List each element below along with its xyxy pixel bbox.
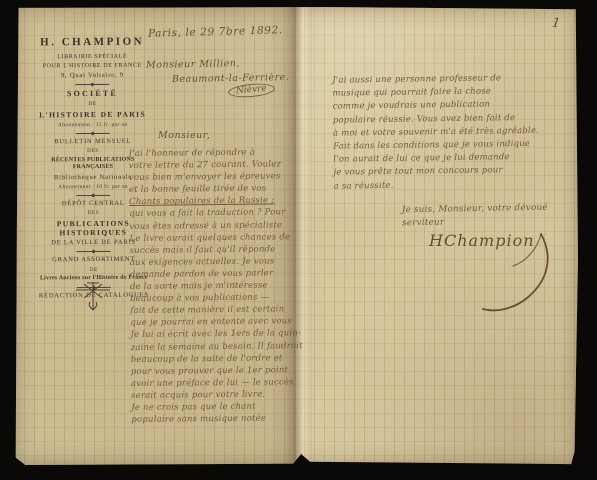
- letter-body-right-page: J'ai aussi une personne professeur demus…: [332, 71, 569, 193]
- handwritten-line: zaine la semaine au besoin. Il faudrait: [131, 340, 313, 354]
- letterhead-line: LIBRAIRIE SPÉCIALE: [31, 53, 153, 61]
- handwritten-line: populaire sans musique notée: [131, 412, 313, 426]
- salutation: Monsieur,: [158, 130, 210, 141]
- svg-text:HChampion: HChampion: [428, 231, 535, 250]
- letterhead-line: BULLETIN MENSUEL: [32, 137, 154, 146]
- letterhead-line: Abonnement : 15 fr. par an: [32, 121, 154, 129]
- handwritten-line: avoir une préface de lui — le succès: [131, 376, 313, 390]
- scanned-letter: H. CHAMPIONLIBRAIRIE SPÉCIALEPOUR L'HIST…: [0, 0, 597, 480]
- signature: HChampion: [425, 224, 565, 319]
- divider-ornament: [76, 132, 110, 133]
- letterhead-line: DE: [32, 101, 154, 109]
- letterhead-line: L'HISTOIRE DE PARIS: [32, 110, 154, 120]
- printer-monogram-ornament: [74, 281, 112, 313]
- letterhead-line: POUR L'HISTOIRE DE FRANCE: [31, 62, 153, 70]
- handwritten-line: Le livre aurait quelques chances de: [129, 231, 311, 245]
- letter-body-left-page: J'ai l'honneur de répondre àvotre lettre…: [129, 146, 314, 426]
- letterhead-line: SOCIÉTÉ: [31, 89, 153, 100]
- recipient-city: Beaumont-la-Ferrière.: [172, 72, 289, 85]
- divider-ornament: [75, 84, 109, 85]
- letterhead-line: 9, Quai Voltaire, 9: [31, 72, 153, 81]
- divider-ornament: [76, 194, 110, 195]
- recipient-name: Monsieur Millien,: [146, 58, 240, 71]
- divider-ornament: [77, 251, 111, 252]
- handwritten-line: qui vous a fait la traduction ? Pour: [129, 207, 311, 221]
- letterhead-line: H. CHAMPION: [31, 36, 153, 51]
- closing-line: Je suis, Monsieur, votre dévoué: [402, 202, 548, 218]
